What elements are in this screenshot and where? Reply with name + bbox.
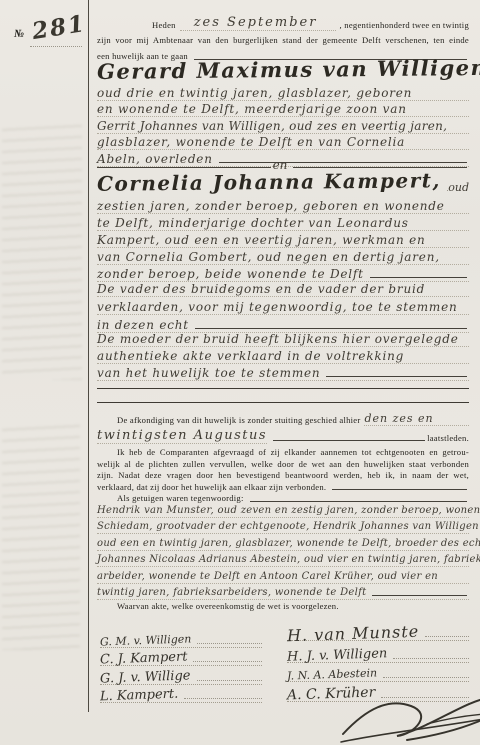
bride-age-word: oud — [448, 182, 469, 194]
groom-details: oud drie en twintig jaren, glasblazer, g… — [97, 84, 469, 167]
rule-filler — [97, 167, 271, 168]
groom-detail-text: glasblazer, wonende te Delft en van Corn… — [97, 136, 405, 149]
rule-filler — [326, 376, 467, 377]
rule-filler — [195, 328, 467, 329]
signature-row: G. J. v. Willige — [100, 666, 262, 685]
dotted-filler — [425, 636, 469, 637]
printed-year: , negentienhonderd twee en twintig — [340, 20, 470, 32]
bride-detail-text: te Delft, minderjarige dochter van Leona… — [97, 217, 409, 230]
blank-line-rule — [97, 402, 469, 403]
witness-text: twintig jaren, fabrieksarbeiders, wonend… — [97, 586, 366, 599]
rule-filler — [273, 440, 425, 441]
consent-fathers: De vader des bruidegoms en de vader der … — [97, 279, 469, 333]
groom-detail-line: oud drie en twintig jaren, glasblazer, g… — [97, 84, 469, 101]
witness-line: Schiedam, grootvader der echtgenoote, He… — [97, 518, 469, 535]
bride-name: Cornelia Johanna Kampert, — [97, 168, 441, 196]
bride-detail-text: van Cornelia Gombert, oud negen en derti… — [97, 251, 440, 264]
banns-printed: De afkondiging van dit huwelijk is zonde… — [117, 415, 360, 427]
witness-line: oud een en twintig jaren, glasblazer, wo… — [97, 534, 469, 551]
consent-text: De moeder der bruid heeft blijkens hier … — [97, 333, 459, 346]
signature: G. M. v. Willigen — [100, 632, 192, 648]
signature-row: C. J. Kampert — [100, 648, 262, 666]
marriage-certificate-scan: № 281 Heden zes September , negentienhon… — [0, 0, 480, 745]
bride-detail-line: te Delft, minderjarige dochter van Leona… — [97, 214, 469, 231]
bride-detail-line: Kampert, oud een en veertig jaren, werkm… — [97, 231, 469, 248]
declaration-text: verklaard, dat zij door het huwelijk aan… — [97, 482, 326, 494]
signature: G. J. v. Willige — [100, 669, 191, 685]
bride-detail-text: Kampert, oud een en veertig jaren, werkm… — [97, 234, 426, 247]
declaration-line: welijk al de plichten zullen vervullen, … — [97, 459, 469, 471]
groom-detail-line: Gerrit Johannes van Willigen, oud zes en… — [97, 117, 469, 134]
bleedthrough-smudge — [2, 120, 82, 380]
declaration-section: Ik heb de Comparanten afgevraagd of zij … — [97, 447, 469, 505]
rule-filler — [370, 277, 467, 278]
consent-line: De moeder der bruid heeft blijkens hier … — [97, 330, 469, 347]
dotted-filler — [197, 643, 262, 644]
witness-text: Johannes Nicolaas Adrianus Abestein, oud… — [97, 553, 480, 566]
bride-detail-line: van Cornelia Gombert, oud negen en derti… — [97, 248, 469, 265]
rule-filler — [332, 489, 467, 490]
consent-line: verklaarden, voor mij tegenwoordig, toe … — [97, 297, 469, 315]
groom-detail-line: en wonende te Delft, meerderjarige zoon … — [97, 101, 469, 118]
dotted-filler — [193, 661, 262, 662]
dotted-filler — [383, 677, 469, 678]
banns-line-2: twintigsten Augustus laatstleden. — [97, 428, 469, 444]
bride-detail-text: zestien jaren, zonder beroep, geboren en… — [97, 200, 445, 213]
printed-heden: Heden — [152, 20, 176, 32]
groom-detail-text: Gerrit Johannes van Willigen, oud zes en… — [97, 120, 447, 133]
declaration-line-4: verklaard, dat zij door het huwelijk aan… — [97, 482, 469, 494]
signature-row: J. N. A. Abestein — [287, 663, 469, 682]
witness-line: Hendrik van Munster, oud zeven en zestig… — [97, 501, 469, 518]
dotted-filler — [393, 658, 469, 659]
groom-detail-text: en wonende te Delft, meerderjarige zoon … — [97, 103, 407, 116]
signature: H. van Munste — [287, 625, 420, 643]
banns-suffix: laatstleden. — [427, 433, 469, 445]
blank-line-rule — [97, 388, 469, 389]
consent-text: verklaarden, voor mij tegenwoordig, toe … — [97, 301, 458, 314]
witnesses-section: Hendrik van Munster, oud zeven en zestig… — [97, 501, 469, 600]
groom-detail-line: glasblazer, wonende te Delft en van Corn… — [97, 134, 469, 151]
closing-line: Waarvan akte, welke overeenkomstig de we… — [97, 601, 469, 613]
witness-text: Schiedam, grootvader der echtgenoote, He… — [97, 520, 479, 533]
banns-section: De afkondiging van dit huwelijk is zonde… — [97, 411, 469, 444]
signature-row: L. Kampert. — [100, 685, 262, 703]
bride-details: zestien jaren, zonder beroep, geboren en… — [97, 197, 469, 282]
intro-line-2: zijn voor mij Ambtenaar van den burgerli… — [97, 35, 469, 47]
consent-text: De vader des bruidegoms en de vader der … — [97, 283, 425, 296]
witness-line: twintig jaren, fabrieksarbeiders, wonend… — [97, 584, 469, 601]
witness-text: Hendrik van Munster, oud zeven en zestig… — [97, 504, 480, 517]
witness-text: oud een en twintig jaren, glasblazer, wo… — [97, 537, 480, 550]
bride-name-row: Cornelia Johanna Kampert, oud — [97, 170, 469, 194]
declaration-line: Ik heb de Comparanten afgevraagd of zij … — [97, 447, 469, 459]
signatures-left: G. M. v. Willigen C. J. Kampert G. J. v.… — [100, 630, 262, 703]
banns-line-1: De afkondiging van dit huwelijk is zonde… — [97, 411, 469, 426]
signature: J. N. A. Abestein — [287, 666, 377, 682]
intro-line-date: Heden zes September , negentienhonderd t… — [97, 14, 469, 31]
consent-text: authentieke akte verklaard in de voltrek… — [97, 350, 404, 363]
consent-line: authentieke akte verklaard in de voltrek… — [97, 347, 469, 364]
handwritten-date: zes September — [180, 16, 336, 31]
consent-line: De vader des bruidegoms en de vader der … — [97, 279, 469, 297]
consent-mother: De moeder der bruid heeft blijkens hier … — [97, 330, 469, 381]
witness-line: Johannes Nicolaas Adrianus Abestein, oud… — [97, 551, 469, 568]
signature: H. J. v. Willigen — [287, 647, 388, 663]
numero-symbol: № — [14, 28, 24, 40]
witness-line: arbeider, wonende te Delft en Antoon Car… — [97, 567, 469, 584]
margin-rule — [88, 0, 89, 712]
bleedthrough-smudge — [2, 420, 80, 650]
dotted-filler — [184, 698, 262, 699]
signature-row: H. van Munste — [287, 614, 469, 641]
act-number: 281 — [30, 10, 88, 45]
witness-text: arbeider, wonende te Delft en Antoon Car… — [97, 570, 438, 583]
rule-filler — [372, 595, 467, 596]
banns-date-hw-2: twintigsten Augustus — [97, 429, 267, 444]
declaration-line: zijn. Nadat deze vragen door hen bevesti… — [97, 470, 469, 482]
consent-line: van het huwelijk toe te stemmen — [97, 364, 469, 381]
signature-row: G. M. v. Willigen — [100, 630, 262, 648]
official-signature — [257, 690, 480, 745]
signature: C. J. Kampert — [100, 650, 188, 666]
act-number-underline — [30, 46, 82, 47]
consent-text: van het huwelijk toe te stemmen — [97, 367, 320, 380]
signatures-right: H. van Munste H. J. v. Willigen J. N. A.… — [287, 614, 469, 702]
groom-detail-text: oud drie en twintig jaren, glasblazer, g… — [97, 87, 412, 100]
banns-date-hw-1: den zes en — [364, 413, 469, 426]
dotted-filler — [197, 680, 263, 681]
groom-name: Gerard Maximus van Willigen, — [97, 55, 469, 84]
signature: L. Kampert. — [100, 688, 179, 704]
bride-detail-line: zestien jaren, zonder beroep, geboren en… — [97, 197, 469, 214]
